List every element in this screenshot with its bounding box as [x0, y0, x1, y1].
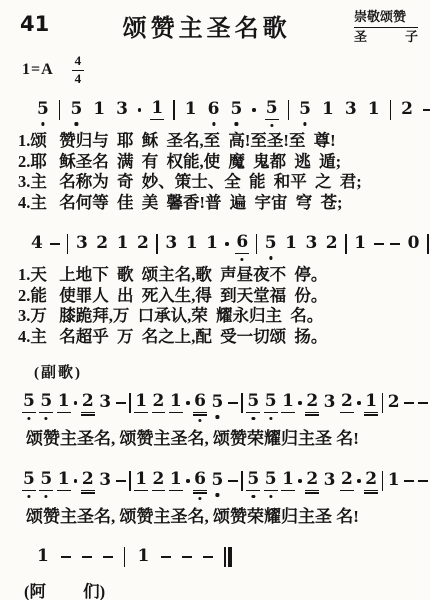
note: 2	[340, 471, 354, 491]
duration-dash	[103, 556, 113, 558]
note: 5	[246, 471, 260, 491]
note: 1	[169, 471, 183, 491]
note: 1	[281, 393, 295, 413]
category-top: 崇敬颂赞	[354, 8, 418, 28]
note: 1	[169, 393, 183, 413]
duration-dash	[418, 480, 428, 482]
augmentation-dot	[357, 479, 360, 482]
hymn-number: 41	[20, 12, 49, 36]
note: 5	[264, 393, 278, 413]
amen-text: (阿 们)	[24, 578, 422, 600]
rest-note: 0	[407, 235, 421, 254]
note: 1	[184, 101, 198, 120]
bar-line	[288, 100, 290, 120]
note: 1	[136, 548, 150, 567]
note: 1	[281, 471, 295, 491]
bar-line	[390, 100, 392, 120]
music-line-1: 55131165551312	[36, 93, 422, 127]
page-title: 颂赞主圣名歌	[59, 8, 354, 43]
note: 2	[81, 471, 95, 491]
note: 1	[116, 235, 130, 254]
note: 2	[81, 393, 95, 413]
key-time-row: 1=A 4 4	[22, 55, 422, 85]
note: 1	[387, 472, 401, 491]
augmentation-dot	[186, 401, 189, 404]
note: 1	[321, 101, 335, 120]
verse-line: 3.万 膝跪拜,万 口承认,荣 耀永归主 名。	[18, 306, 422, 327]
note: 5	[22, 471, 36, 491]
verse-line: 3.主 名称为 奇 妙、策士、全 能 和平 之 君;	[18, 172, 422, 193]
hymn-sheet: 41 颂赞主圣名歌 崇敬颂赞 圣 子 1=A 4 4 5513116555131…	[0, 0, 430, 600]
duration-dash	[423, 109, 430, 111]
chorus-lyric-line-2: 颂赞主圣名, 颂赞主圣名, 颂赞荣耀归主圣 名!	[26, 506, 422, 528]
note: 1	[364, 393, 378, 413]
duration-dash	[82, 556, 92, 558]
bar-line	[345, 234, 347, 254]
note: 3	[323, 472, 337, 491]
duration-dash	[228, 480, 238, 482]
note: 2	[152, 471, 166, 491]
bar-line	[129, 471, 131, 491]
verse-line: 4.主 名超乎 万 名之上,配 受一切颂 扬。	[18, 327, 422, 348]
time-signature-denominator: 4	[75, 71, 82, 86]
note: 5	[265, 100, 279, 120]
bar-line	[241, 393, 243, 413]
category-bottom: 圣 子	[354, 28, 418, 46]
note: 5	[39, 471, 53, 491]
bar-line	[67, 234, 69, 254]
duration-dash	[374, 243, 384, 245]
category-bottom-left: 圣	[354, 28, 367, 46]
note: 2	[152, 393, 166, 413]
note: 3	[98, 472, 112, 491]
note: 1	[205, 235, 219, 254]
augmentation-dot	[357, 401, 360, 404]
note: 3	[115, 101, 129, 120]
chorus-music-line-2: 551231216555123221	[22, 464, 422, 498]
note: 6	[235, 234, 249, 254]
amen-music-line: 11	[36, 540, 422, 574]
duration-dash	[182, 556, 192, 558]
augmentation-dot	[252, 108, 255, 111]
note: 3	[323, 394, 337, 413]
bar-line	[256, 234, 258, 254]
verse-line: 1.天 上地下 歌 颂主名,歌 声昼夜不 停。	[18, 265, 422, 286]
note: 1	[134, 393, 148, 413]
augmentation-dot	[74, 479, 77, 482]
note: 1	[185, 235, 199, 254]
note: 3	[164, 235, 178, 254]
note: 2	[305, 471, 319, 491]
duration-dash	[418, 402, 428, 404]
note: 2	[340, 393, 354, 413]
bar-line	[427, 234, 429, 254]
note: 5	[246, 393, 260, 413]
note: 6	[193, 471, 207, 491]
note: 6	[207, 101, 221, 120]
note: 6	[193, 393, 207, 413]
note: 1	[57, 393, 71, 413]
note: 2	[136, 235, 150, 254]
bar-line	[241, 471, 243, 491]
note: 5	[210, 394, 224, 413]
duration-dash	[50, 243, 60, 245]
note: 2	[325, 235, 339, 254]
chorus-lyric-line-1: 颂赞主圣名, 颂赞主圣名, 颂赞荣耀归主圣 名!	[26, 428, 422, 450]
chorus-music-line-1: 5512312165551232120	[22, 386, 422, 420]
note: 2	[387, 394, 401, 413]
bar-line	[124, 547, 126, 567]
note: 2	[364, 471, 378, 491]
duration-dash	[228, 402, 238, 404]
augmentation-dot	[298, 401, 301, 404]
note: 5	[39, 393, 53, 413]
bar-line	[156, 234, 158, 254]
note: 5	[298, 101, 312, 120]
duration-dash	[116, 480, 126, 482]
note: 4	[30, 235, 44, 254]
duration-dash	[61, 556, 71, 558]
duration-dash	[390, 243, 400, 245]
bar-line	[173, 100, 175, 120]
note: 5	[69, 101, 83, 120]
final-bar-line	[224, 547, 232, 567]
music-line-2: 432123116513210	[30, 227, 422, 261]
note: 1	[284, 235, 298, 254]
verse-line: 2.能 使罪人 出 死入生,得 到天堂福 份。	[18, 286, 422, 307]
augmentation-dot	[186, 479, 189, 482]
verse-lyrics-part2: 1.天 上地下 歌 颂主名,歌 声昼夜不 停。 2.能 使罪人 出 死入生,得 …	[18, 265, 422, 347]
time-signature: 4 4	[72, 54, 85, 86]
time-signature-numerator: 4	[72, 54, 85, 70]
note: 5	[210, 472, 224, 491]
note: 5	[264, 471, 278, 491]
note: 5	[264, 235, 278, 254]
note: 1	[92, 101, 106, 120]
category-bottom-right: 子	[405, 28, 418, 46]
bar-line	[382, 471, 384, 491]
verse-line: 1.颂 赞归与 耶 稣 圣名,至 高!至圣!至 尊!	[18, 131, 422, 152]
augmentation-dot	[138, 108, 141, 111]
header: 41 颂赞主圣名歌 崇敬颂赞 圣 子	[8, 8, 422, 45]
note: 1	[36, 548, 50, 567]
duration-dash	[116, 402, 126, 404]
verse-lyrics-part1: 1.颂 赞归与 耶 稣 圣名,至 高!至圣!至 尊! 2.耶 稣圣名 满 有 权…	[18, 131, 422, 213]
note: 1	[367, 101, 381, 120]
bar-line	[382, 393, 384, 413]
note: 2	[95, 235, 109, 254]
note: 5	[229, 101, 243, 120]
note: 1	[353, 235, 367, 254]
note: 3	[75, 235, 89, 254]
augmentation-dot	[74, 401, 77, 404]
note: 3	[98, 394, 112, 413]
note: 2	[400, 101, 414, 120]
note: 3	[304, 235, 318, 254]
duration-dash	[404, 402, 414, 404]
verse-line: 4.主 名何等 佳 美 馨香!普 遍 宇宙 穹 苍;	[18, 193, 422, 214]
key-signature: 1=A	[22, 61, 54, 79]
duration-dash	[404, 480, 414, 482]
duration-dash	[161, 556, 171, 558]
note: 3	[344, 101, 358, 120]
bar-line	[59, 100, 61, 120]
note: 1	[57, 471, 71, 491]
augmentation-dot	[225, 242, 228, 245]
note: 5	[22, 393, 36, 413]
note: 1	[134, 471, 148, 491]
note: 1	[150, 100, 164, 120]
augmentation-dot	[298, 479, 301, 482]
chorus-label: (副歌)	[34, 361, 422, 382]
duration-dash	[203, 556, 213, 558]
note: 5	[36, 101, 50, 120]
category-label: 崇敬颂赞 圣 子	[354, 8, 418, 45]
bar-line	[129, 393, 131, 413]
verse-line: 2.耶 稣圣名 满 有 权能,使 魔 鬼都 逃 遁;	[18, 152, 422, 173]
note: 2	[305, 393, 319, 413]
